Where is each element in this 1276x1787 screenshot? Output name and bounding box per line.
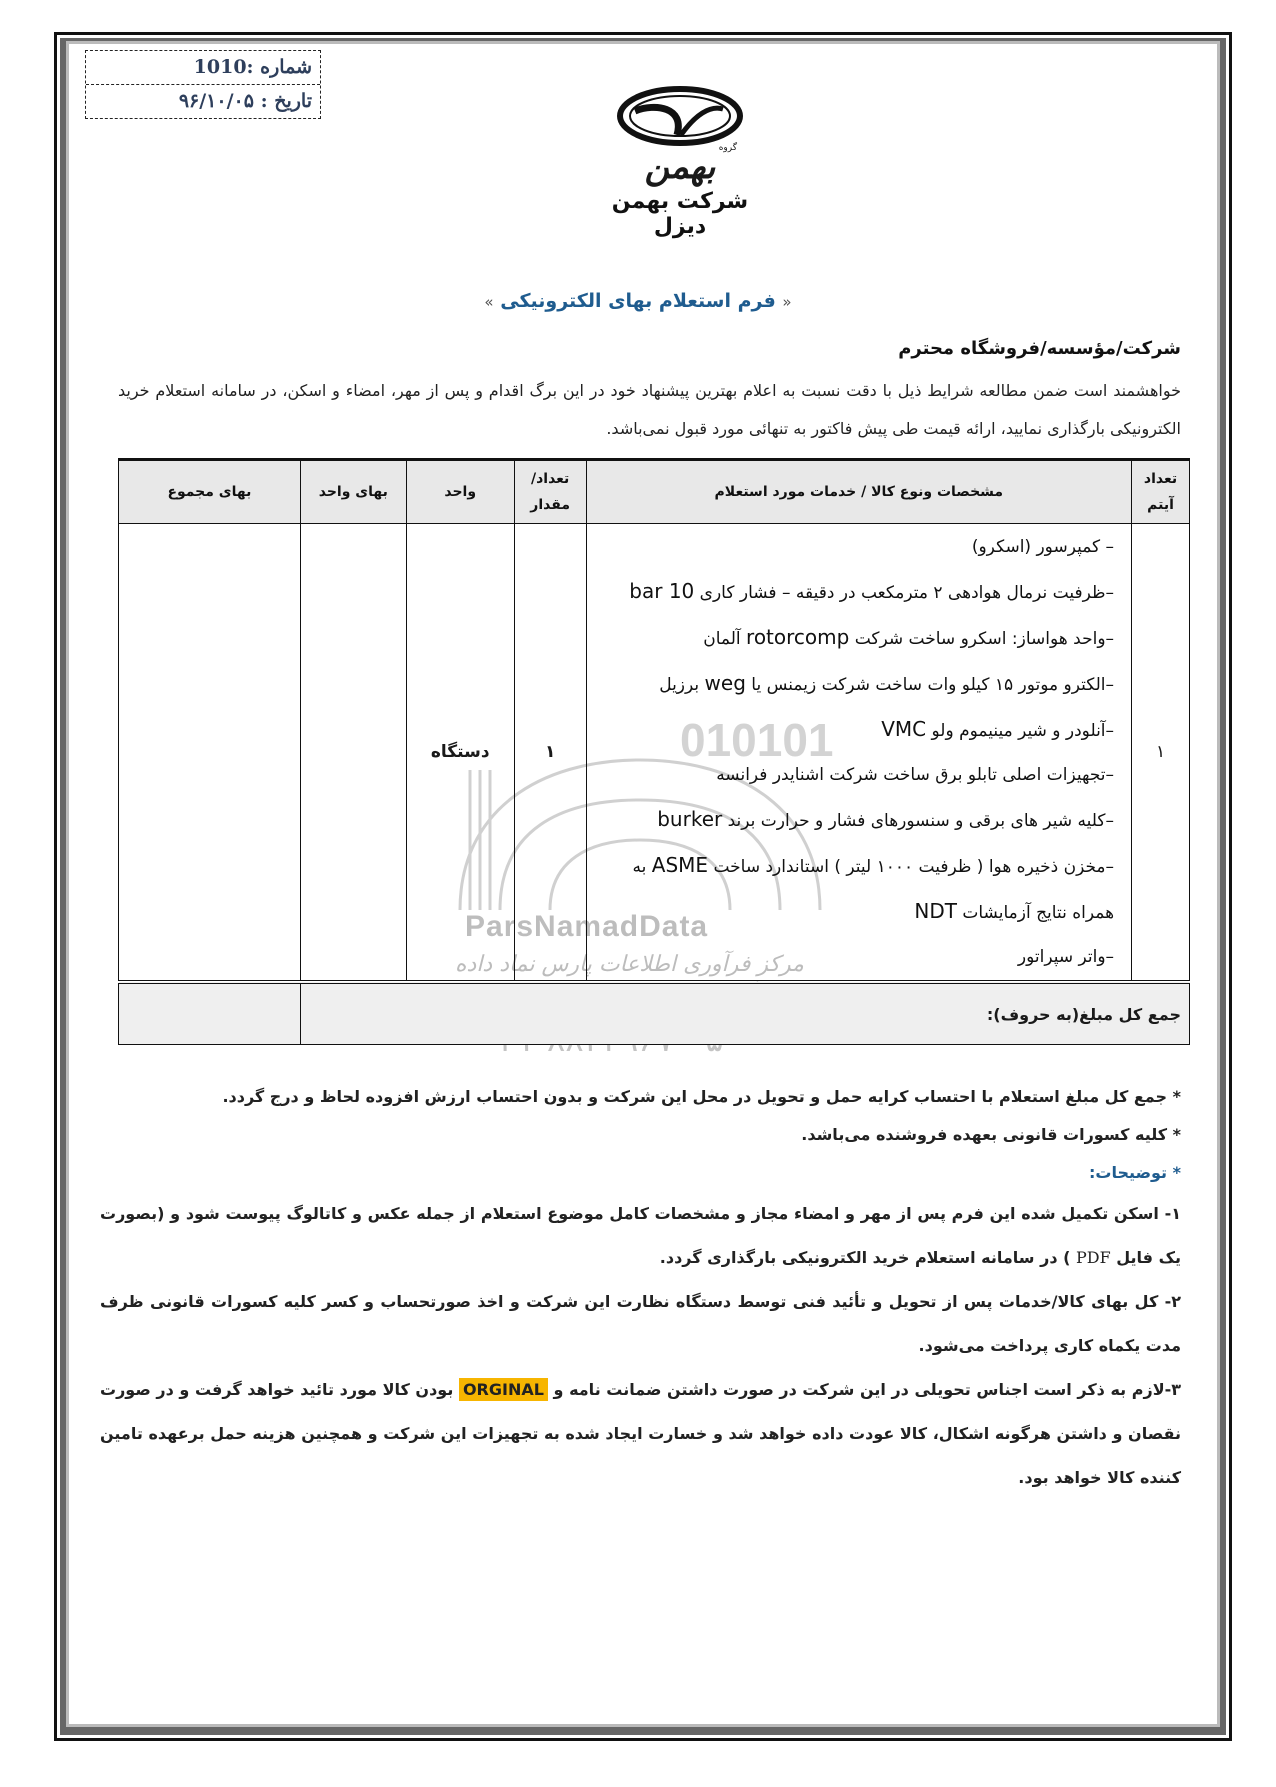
company-logo: گروه بهمن شرکت بهمن دیزل: [585, 85, 775, 235]
bahman-emblem-icon: [615, 85, 745, 147]
header-quantity: تعداد/مقدار: [514, 460, 586, 524]
header-unit-price: بهای واحد: [300, 460, 406, 524]
document-number-value: 1010: [194, 56, 247, 78]
spec-item: –مخزن ذخیره هوا ( ظرفیت ۱۰۰۰ لیتر ) استا…: [588, 843, 1114, 889]
document-date: تاریخ : ۹۶/۱۰/۰۵: [86, 84, 320, 118]
pdf-term: PDF: [1076, 1248, 1111, 1267]
item-unit: دستگاه: [406, 524, 514, 983]
total-row: جمع کل مبلغ(به حروف):: [119, 982, 1190, 1045]
form-title: « فرم استعلام بهای الکترونیکی »: [0, 290, 1276, 312]
logo-brand-text: بهمن: [585, 147, 775, 187]
header-unit: واحد: [406, 460, 514, 524]
header-item-count: تعدادآیتم: [1132, 460, 1190, 524]
spec-list: – کمپرسور (اسکرو) –ظرفیت نرمال هوادهی ۲ …: [588, 525, 1130, 979]
inquiry-table: تعدادآیتم مشخصات ونوع کالا / خدمات مورد …: [118, 458, 1190, 1045]
document-date-value: ۹۶/۱۰/۰۵: [179, 90, 254, 112]
item-specifications: – کمپرسور (اسکرو) –ظرفیت نرمال هوادهی ۲ …: [586, 524, 1131, 983]
spec-item: – کمپرسور (اسکرو): [588, 525, 1114, 569]
item-quantity: ۱: [514, 524, 586, 983]
document-meta-box: شماره :1010 تاریخ : ۹۶/۱۰/۰۵: [85, 50, 321, 119]
logo-group-label: گروه: [719, 143, 737, 153]
addressee-heading: شرکت/مؤسسه/فروشگاه محترم: [898, 338, 1181, 359]
spec-item: –تجهیزات اصلی تابلو برق ساخت شرکت اشناید…: [588, 753, 1114, 797]
spec-item: –الکترو موتور ۱۵ کیلو وات ساخت شرکت زیمن…: [588, 661, 1114, 707]
item-total-price-field[interactable]: [119, 524, 301, 983]
note-shipping-vat: * جمع کل مبلغ استعلام با احتساب کرایه حم…: [100, 1078, 1181, 1116]
document-number: شماره :1010: [86, 51, 320, 84]
spec-item: همراه نتایج آزمایشات NDT: [588, 889, 1114, 935]
item-number: ۱: [1132, 524, 1190, 983]
total-amount-field[interactable]: [119, 982, 301, 1045]
item-unit-price-field[interactable]: [300, 524, 406, 983]
header-description: مشخصات ونوع کالا / خدمات مورد استعلام: [586, 460, 1131, 524]
notes-section: * جمع کل مبلغ استعلام با احتساب کرایه حم…: [100, 1078, 1181, 1500]
logo-wordmark: گروه بهمن: [585, 147, 775, 187]
form-title-text: فرم استعلام بهای الکترونیکی: [500, 290, 776, 312]
title-close-quote: »: [484, 293, 493, 311]
intro-paragraph: خواهشمند است ضمن مطالعه شرایط ذیل با دقت…: [118, 372, 1181, 448]
spec-item: –آنلودر و شیر مینیموم ولو VMC: [588, 707, 1114, 753]
spec-item: –ظرفیت نرمال هوادهی ۲ مترمکعب در دقیقه –…: [588, 569, 1114, 615]
spec-item: –واحد هواساز: اسکرو ساخت شرکت rotorcomp …: [588, 615, 1114, 661]
note-1: ۱- اسکن تکمیل شده این فرم پس از مهر و ام…: [100, 1192, 1181, 1280]
document-date-label: تاریخ :: [261, 90, 312, 112]
note-3: ۳-لازم به ذکر است اجناس تحویلی در این شر…: [100, 1368, 1181, 1500]
company-name: شرکت بهمن دیزل: [585, 189, 775, 239]
title-open-quote: «: [782, 293, 791, 311]
spec-item: –واتر سپراتور: [588, 935, 1114, 979]
table-row: ۱ – کمپرسور (اسکرو) –ظرفیت نرمال هوادهی …: [119, 524, 1190, 983]
document-number-label: شماره :: [247, 56, 312, 78]
note-2: ۲- کل بهای کالا/خدمات پس از تحویل و تأئی…: [100, 1280, 1181, 1368]
spec-item: –کلیه شیر های برقی و سنسورهای فشار و حرا…: [588, 797, 1114, 843]
total-amount-label: جمع کل مبلغ(به حروف):: [300, 982, 1189, 1045]
note-legal-deductions: * کلیه کسورات قانونی بعهده فروشنده می‌با…: [100, 1116, 1181, 1154]
notes-heading: * توضیحات:: [100, 1154, 1181, 1192]
original-highlight: ORGINAL: [459, 1378, 548, 1401]
table-header-row: تعدادآیتم مشخصات ونوع کالا / خدمات مورد …: [119, 460, 1190, 524]
header-total-price: بهای مجموع: [119, 460, 301, 524]
